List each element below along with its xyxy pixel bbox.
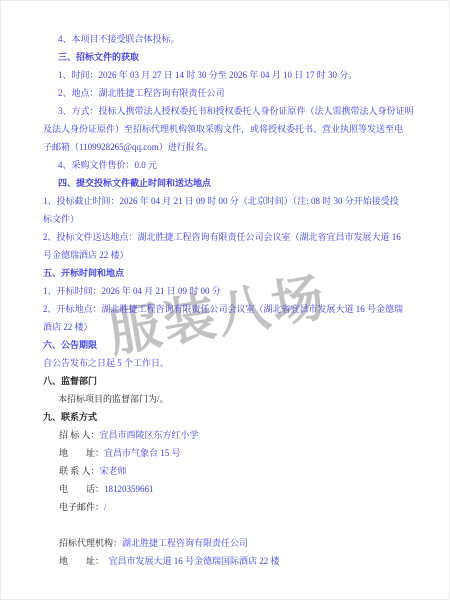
field-value: 宜昌市发展大道 16 号金德瑞国际酒店 22 楼: [109, 556, 280, 566]
text-line: 电子邮件：/: [43, 498, 425, 516]
blank-line: [43, 516, 425, 534]
text-line: 子邮箱（1109928265@qq.com）进行报名。: [43, 138, 425, 156]
text-line: 联 系 人：宋老师: [43, 462, 425, 480]
text-line: 1、投标截止时间：2026 年 04 月 21 日 09 时 00 分（北京时间…: [43, 192, 425, 210]
field-label: 招标代理机构：: [59, 538, 122, 548]
document-content: 4、本项目不接受联合体投标。三、招标文件的获取1、时间：2026 年 03 月 …: [43, 30, 425, 570]
text-line: 酒店 22 楼）: [43, 318, 425, 336]
field-label: 招 标 人：: [59, 430, 100, 440]
field-label: 地 址：: [59, 448, 104, 458]
text-line: 地 址：宜昌市气象台 15 号: [43, 444, 425, 462]
text-line: 八、监督部门: [43, 372, 425, 390]
text-line: 4、本项目不接受联合体投标。: [43, 30, 425, 48]
field-value: 宋老师: [100, 466, 127, 476]
text-line: 2、地点：湖北胜捷工程咨询有限责任公司: [43, 84, 425, 102]
text-line: 五、开标时间和地点: [43, 264, 425, 282]
text-line: 1、开标时间：2026 年 04 月 21 日 09 时 00 分: [43, 282, 425, 300]
text-line: 2、开标地点：湖北胜捷工程咨询有限责任公司会议室（湖北省宜昌市发展大道 16 号…: [43, 300, 425, 318]
field-value: 18120359661: [104, 484, 154, 494]
text-line: 及法人身份证原件）至招标代理机构领取采购文件，或将授权委托书、营业执照等发送至电: [43, 120, 425, 138]
text-line: 本招标项目的监督部门为/。: [43, 390, 425, 408]
field-value: 湖北胜捷工程咨询有限责任公司: [122, 538, 248, 548]
field-label: 电子邮件：: [59, 502, 104, 512]
text-line: 招 标 人：宜昌市西陵区东方红小学: [43, 426, 425, 444]
text-line: 地 址： 宜昌市发展大道 16 号金德瑞国际酒店 22 楼: [43, 552, 425, 570]
text-line: 4、采购文件售价：0.0 元: [43, 156, 425, 174]
text-line: 六、公告期限: [43, 336, 425, 354]
text-line: 1、时间：2026 年 03 月 27 日 14 时 30 分至 2026 年 …: [43, 66, 425, 84]
text-line: 三、招标文件的获取: [43, 48, 425, 66]
document-page: 服装八场 4、本项目不接受联合体投标。三、招标文件的获取1、时间：2026 年 …: [0, 0, 450, 600]
field-label: 电 话：: [59, 484, 104, 494]
field-value: 宜昌市西陵区东方红小学: [100, 430, 199, 440]
text-line: 电 话：18120359661: [43, 480, 425, 498]
text-line: 号金德瑞酒店 22 楼）: [43, 246, 425, 264]
text-line: 3、方式：投标人携带法人授权委托书和授权委托人身份证原件（法人需携带法人身份证明: [43, 102, 425, 120]
field-label: 地 址：: [59, 556, 109, 566]
text-line: 招标代理机构：湖北胜捷工程咨询有限责任公司: [43, 534, 425, 552]
text-line: 四、提交投标文件截止时间和送达地点: [43, 174, 425, 192]
text-line: 2、投标文件送达地点：湖北胜捷工程咨询有限责任公司会议室（湖北省宜昌市发展大道 …: [43, 228, 425, 246]
text-line: 自公告发布之日起 5 个工作日。: [43, 354, 425, 372]
field-value: /: [104, 502, 107, 512]
text-line: 标文件）: [43, 210, 425, 228]
field-label: 联 系 人：: [59, 466, 100, 476]
field-value: 宜昌市气象台 15 号: [104, 448, 181, 458]
text-line: 九、联系方式: [43, 408, 425, 426]
